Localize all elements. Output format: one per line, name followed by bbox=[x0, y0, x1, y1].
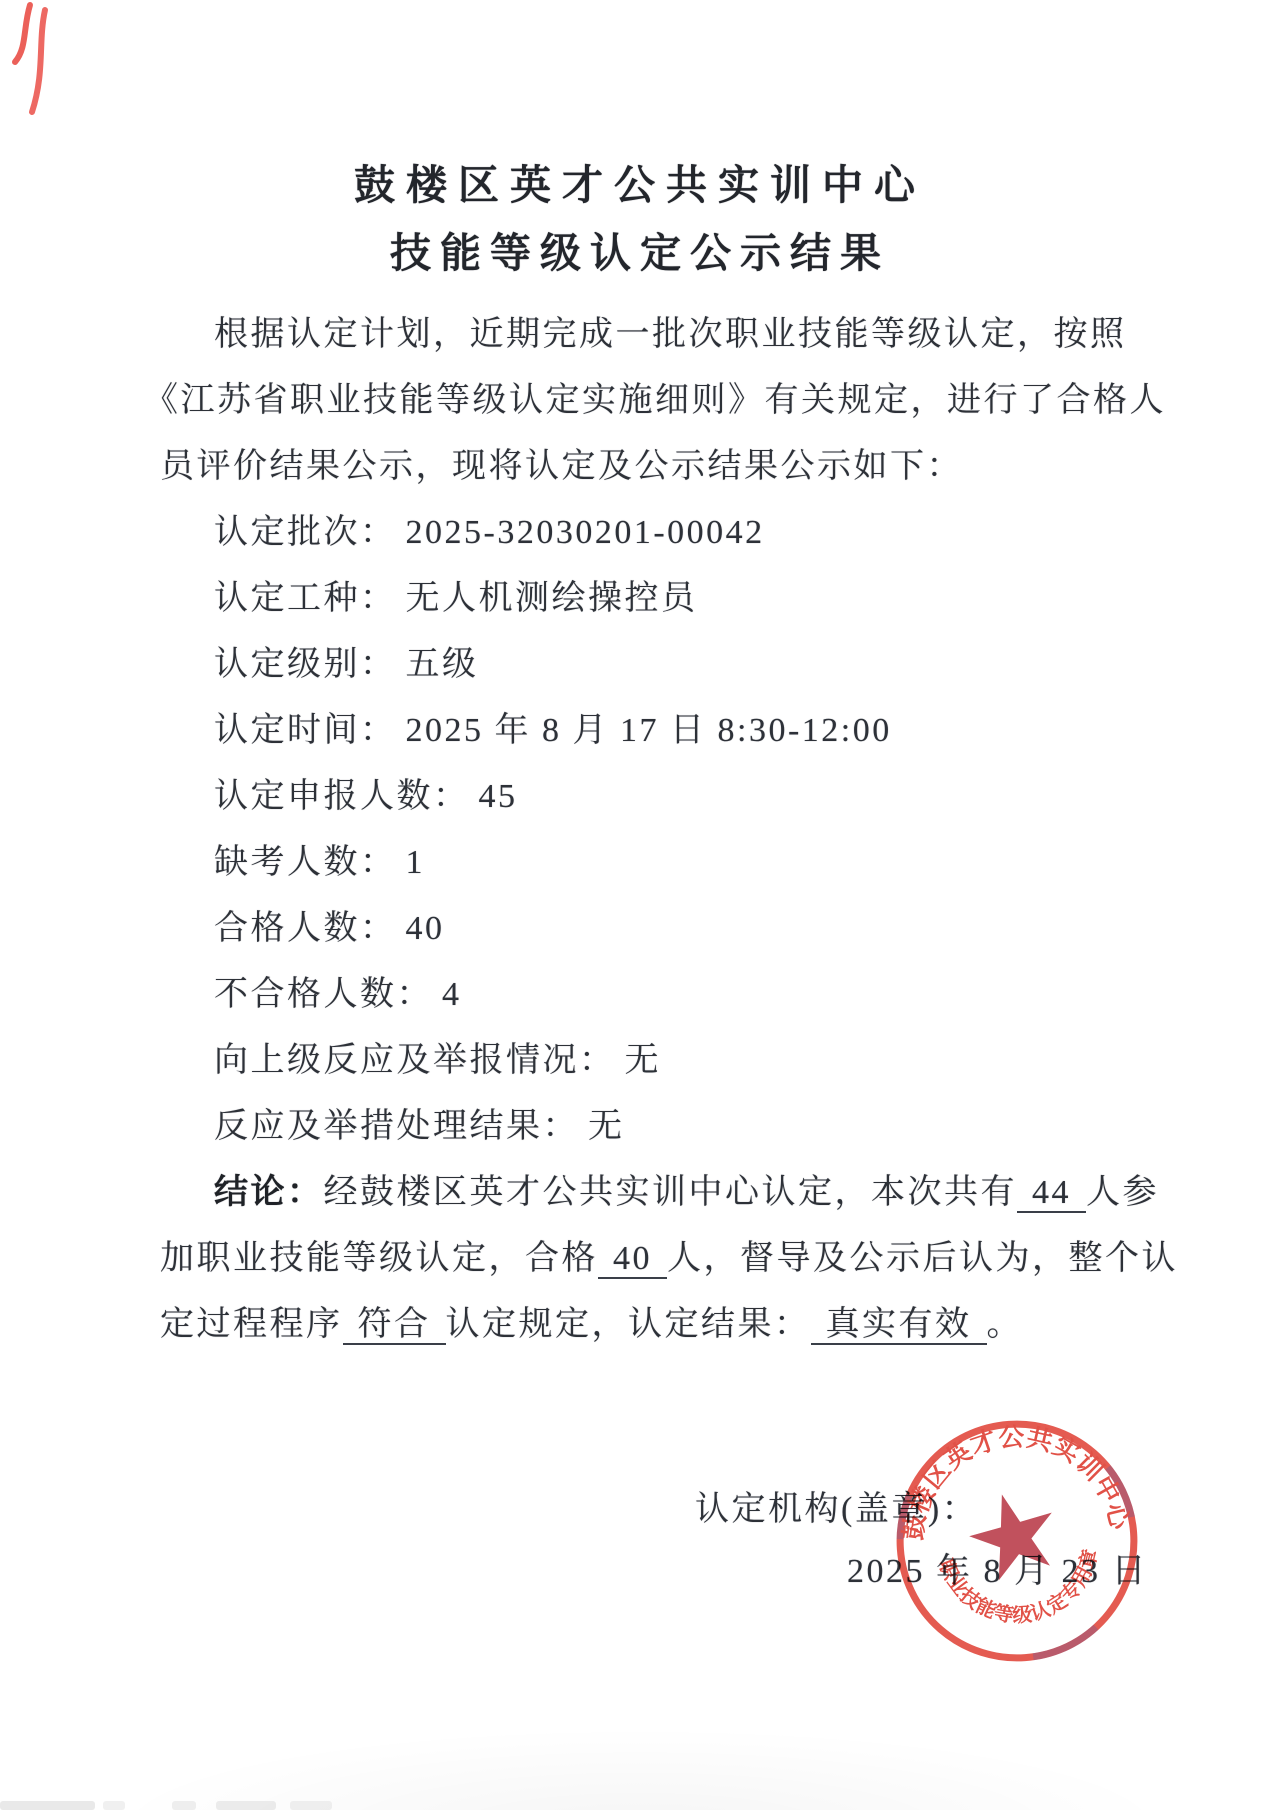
scanned-document-page: 鼓楼区英才公共实训中心 技能等级认定公示结果 根据认定计划，近期完成一批次职业技… bbox=[0, 0, 1280, 1810]
field-value: 无人机测绘操控员 bbox=[406, 580, 698, 617]
scan-smudge bbox=[0, 1801, 95, 1810]
field-row: 合格人数：40 bbox=[160, 896, 1145, 962]
scan-smudge bbox=[290, 1801, 332, 1810]
underlined-value: 符合 bbox=[343, 1306, 446, 1345]
conclusion-text: 人参 bbox=[1086, 1174, 1159, 1211]
field-value: 40 bbox=[406, 910, 445, 947]
field-row: 不合格人数：4 bbox=[160, 962, 1145, 1028]
conclusion-text: 认定规定，认定结果： bbox=[446, 1306, 811, 1343]
field-row: 反应及举措处理结果：无 bbox=[160, 1094, 1145, 1160]
underlined-value: 44 bbox=[1017, 1174, 1086, 1213]
field-label: 认定批次： bbox=[214, 514, 397, 551]
field-label: 不合格人数： bbox=[214, 976, 433, 1013]
field-value: 2025-32030201-00042 bbox=[406, 514, 765, 551]
conclusion-text: 人，督导及公示后认为，整个认 bbox=[667, 1240, 1178, 1277]
conclusion-text: 结论： bbox=[214, 1174, 324, 1211]
conclusion-text: 定过程程序 bbox=[160, 1306, 343, 1343]
field-value: 五级 bbox=[406, 646, 479, 683]
field-row: 缺考人数：1 bbox=[160, 830, 1145, 896]
official-red-seal: 鼓楼区英才公共实训中心 职业技能等级认定专用章 bbox=[877, 1401, 1157, 1681]
field-row: 认定申报人数：45 bbox=[160, 764, 1145, 830]
field-label: 认定时间： bbox=[214, 712, 397, 749]
conclusion-text: 经鼓楼区英才公共实训中心认定，本次共有 bbox=[324, 1174, 1018, 1211]
seal-arc-bottom-label: 职业技能等级认定专用章 bbox=[934, 1545, 1108, 1633]
intro-line-3: 员评价结果公示，现将认定及公示结果公示如下： bbox=[160, 434, 1145, 500]
document-title-line1: 鼓楼区英才公共实训中心 bbox=[0, 160, 1280, 210]
red-pen-marks bbox=[0, 0, 70, 130]
field-value: 4 bbox=[442, 976, 462, 1013]
conclusion-text: 。 bbox=[987, 1306, 1024, 1343]
field-row: 认定工种：无人机测绘操控员 bbox=[160, 566, 1145, 632]
conclusion-line: 加职业技能等级认定，合格40人，督导及公示后认为，整个认 bbox=[160, 1226, 1145, 1292]
document-body: 根据认定计划，近期完成一批次职业技能等级认定，按照 《江苏省职业技能等级认定实施… bbox=[160, 302, 1145, 1358]
conclusion-line: 定过程程序符合认定规定，认定结果：真实有效。 bbox=[160, 1292, 1145, 1358]
field-row: 认定批次：2025-32030201-00042 bbox=[160, 500, 1145, 566]
field-value: 1 bbox=[406, 844, 426, 881]
field-row: 认定级别：五级 bbox=[160, 632, 1145, 698]
conclusion-text: 加职业技能等级认定，合格 bbox=[160, 1240, 598, 1277]
scan-smudge bbox=[216, 1801, 276, 1810]
underlined-value: 真实有效 bbox=[811, 1306, 987, 1345]
field-label: 合格人数： bbox=[214, 910, 397, 947]
field-label: 认定级别： bbox=[214, 646, 397, 683]
field-row: 认定时间：2025 年 8 月 17 日 8:30-12:00 bbox=[160, 698, 1145, 764]
intro-line-1: 根据认定计划，近期完成一批次职业技能等级认定，按照 bbox=[160, 302, 1145, 368]
document-title-line2: 技能等级认定公示结果 bbox=[0, 228, 1280, 278]
field-value: 无 bbox=[625, 1042, 662, 1079]
field-row: 向上级反应及举报情况：无 bbox=[160, 1028, 1145, 1094]
field-label: 反应及举措处理结果： bbox=[214, 1108, 579, 1145]
conclusion-line: 结论：经鼓楼区英才公共实训中心认定，本次共有44人参 bbox=[160, 1160, 1145, 1226]
seal-star-icon bbox=[961, 1483, 1066, 1585]
conclusion-paragraph: 结论：经鼓楼区英才公共实训中心认定，本次共有44人参加职业技能等级认定，合格40… bbox=[160, 1160, 1145, 1358]
scan-smudge bbox=[103, 1801, 125, 1810]
underlined-value: 40 bbox=[598, 1240, 667, 1279]
field-value: 45 bbox=[479, 778, 518, 815]
intro-line-2: 《江苏省职业技能等级认定实施细则》有关规定，进行了合格人 bbox=[144, 368, 1145, 434]
field-value: 无 bbox=[588, 1108, 625, 1145]
field-label: 认定工种： bbox=[214, 580, 397, 617]
certification-fields: 认定批次：2025-32030201-00042认定工种：无人机测绘操控员认定级… bbox=[160, 500, 1145, 1160]
field-label: 缺考人数： bbox=[214, 844, 397, 881]
scan-smudge bbox=[172, 1801, 196, 1810]
field-label: 向上级反应及举报情况： bbox=[214, 1042, 616, 1079]
field-value: 2025 年 8 月 17 日 8:30-12:00 bbox=[406, 712, 892, 749]
field-label: 认定申报人数： bbox=[214, 778, 470, 815]
